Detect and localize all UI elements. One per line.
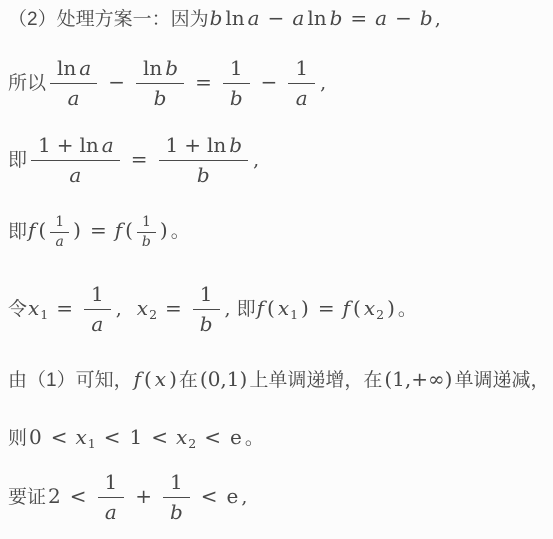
cjk-text: 则 xyxy=(8,428,27,449)
math-roman: e xyxy=(230,425,242,449)
math-roman: ) xyxy=(387,296,395,320)
math-roman: 1 xyxy=(38,133,51,158)
math-variable: a xyxy=(375,6,387,30)
punctuation: , xyxy=(253,149,259,171)
math-variable: a xyxy=(69,163,81,188)
math-variable: b xyxy=(154,86,167,111)
math-subscript: 2 xyxy=(376,307,384,322)
math-roman: 1 xyxy=(170,470,183,495)
math-variable: b xyxy=(142,234,151,252)
math-operator: < xyxy=(70,484,87,508)
fraction: 1b xyxy=(163,470,190,525)
math-roman: 2 xyxy=(48,484,61,508)
fraction-denominator: a xyxy=(90,310,104,337)
fraction-denominator: a xyxy=(68,161,82,188)
math-subscript: 1 xyxy=(88,436,96,451)
math-roman: 1 xyxy=(91,282,104,307)
fraction-denominator: b xyxy=(229,84,244,111)
math-operator: < xyxy=(204,425,221,449)
statement-line-8: 要证2<1a+1b<e, xyxy=(8,472,551,527)
fraction-denominator: b xyxy=(196,161,211,188)
math-variable: a xyxy=(105,500,117,525)
punctuation: , xyxy=(225,298,231,320)
fraction-numerator: 1 xyxy=(84,282,111,310)
fraction: 1+lnaa xyxy=(31,133,120,188)
math-operator: = xyxy=(56,296,73,320)
fraction: 1+lnbb xyxy=(159,133,249,188)
fraction-numerator: 1 xyxy=(137,214,156,234)
math-operator: = xyxy=(350,6,367,30)
punctuation: 。 xyxy=(171,220,190,242)
math-operator: < xyxy=(51,425,68,449)
fraction-denominator: b xyxy=(169,498,184,525)
math-variable: b xyxy=(170,500,183,525)
math-roman: ) xyxy=(301,296,309,320)
statement-line-3: 即1+lnaa=1+lnbb, xyxy=(8,135,551,190)
statement-line-4: 即f(1a)=f(1b)。 xyxy=(8,215,551,253)
math-operator: + xyxy=(184,133,201,158)
math-operator: − xyxy=(108,70,125,94)
math-variable: x1 xyxy=(76,425,96,449)
math-variable: a xyxy=(292,6,304,30)
math-operator: < xyxy=(201,484,218,508)
math-variable: a xyxy=(248,6,260,30)
math-operator: = xyxy=(195,70,212,94)
math-operator: = xyxy=(131,147,148,171)
math-subscript: 2 xyxy=(149,307,157,322)
fraction: 1b xyxy=(137,214,156,252)
math-variable: a xyxy=(56,234,64,252)
math-variable: a xyxy=(91,312,103,337)
math-roman: ( xyxy=(125,218,133,242)
math-roman: 1 xyxy=(230,56,243,81)
math-variable: x2 xyxy=(137,296,157,320)
math-variable: b xyxy=(420,6,433,30)
math-operator: + xyxy=(135,484,152,508)
math-variable: x2 xyxy=(176,425,196,449)
fraction-numerator: 1 xyxy=(50,214,69,234)
cjk-text: 上单调递增，在 xyxy=(249,370,382,391)
fraction-numerator: 1 xyxy=(163,470,190,498)
math-roman: 1 xyxy=(166,133,179,158)
cjk-text: 即 xyxy=(8,150,27,171)
math-variable: b xyxy=(229,133,242,158)
math-roman: 0 xyxy=(29,425,42,449)
math-roman: ) xyxy=(160,218,168,242)
math-roman: (1,+∞) xyxy=(384,367,452,391)
statement-line-6: 由（1）可知，f(x)在(0,1)上单调递增，在(1,+∞)单调递减， xyxy=(8,367,551,393)
math-roman: 1 xyxy=(55,214,64,232)
fraction: 1b xyxy=(223,56,250,111)
math-variable: b xyxy=(330,6,343,30)
math-operator: = xyxy=(318,296,335,320)
statement-line-1: （2）处理方案一：因为blna−alnb=a−b, xyxy=(8,6,551,32)
math-subscript: 2 xyxy=(188,436,196,451)
fraction-denominator: a xyxy=(55,233,65,252)
cjk-text: 即 xyxy=(8,221,27,242)
math-roman: e xyxy=(227,484,239,508)
fraction-denominator: a xyxy=(104,498,118,525)
math-subscript: 1 xyxy=(290,307,298,322)
fraction: lnbb xyxy=(136,56,184,111)
math-variable: f xyxy=(134,367,141,391)
math-operator: < xyxy=(151,425,168,449)
math-roman: ln xyxy=(207,133,226,158)
math-roman: ) xyxy=(73,218,81,242)
math-variable: b xyxy=(165,56,178,81)
math-roman: ln xyxy=(307,6,326,30)
math-variable: x xyxy=(155,367,166,391)
cjk-text: 由（1）可知， xyxy=(8,370,133,391)
fraction-numerator: 1 xyxy=(98,470,125,498)
punctuation: , xyxy=(435,8,441,30)
punctuation: 。 xyxy=(398,298,417,320)
fraction: lnaa xyxy=(50,56,97,111)
math-roman: ln xyxy=(225,6,244,30)
math-roman: (0,1) xyxy=(200,367,247,391)
math-roman: 1 xyxy=(295,56,308,81)
punctuation: , xyxy=(241,486,247,508)
statement-line-5: 令x1=1a,x2=1b,即f(x1)=f(x2)。 xyxy=(8,284,551,339)
math-roman: ( xyxy=(353,296,361,320)
math-operator: = xyxy=(165,296,182,320)
math-variable: b xyxy=(210,6,223,30)
fraction-numerator: 1 xyxy=(223,56,250,84)
statement-line-2: 所以lnaa−lnbb=1b−1a, xyxy=(8,58,551,113)
fraction-numerator: lna xyxy=(50,56,97,84)
math-operator: + xyxy=(57,133,74,158)
math-variable: a xyxy=(296,86,308,111)
cjk-text: 令 xyxy=(8,299,27,320)
punctuation: , xyxy=(320,72,326,94)
statement-line-7: 则0<x1<1<x2<e。 xyxy=(8,425,551,451)
math-variable: b xyxy=(200,312,213,337)
punctuation: , xyxy=(116,298,122,320)
fraction-numerator: 1 xyxy=(193,282,220,310)
fraction-denominator: b xyxy=(141,233,152,252)
math-operator: − xyxy=(268,6,285,30)
fraction: 1a xyxy=(288,56,315,111)
math-roman: ln xyxy=(57,56,76,81)
fraction-numerator: 1+lnb xyxy=(159,133,249,161)
fraction-denominator: b xyxy=(153,84,168,111)
fraction: 1a xyxy=(98,470,125,525)
cjk-text: 单调递减， xyxy=(454,370,549,391)
math-roman: 1 xyxy=(130,425,143,449)
math-variable: a xyxy=(102,133,114,158)
math-variable: x1 xyxy=(278,296,298,320)
cjk-text: 在 xyxy=(179,370,198,391)
fraction-denominator: a xyxy=(67,84,81,111)
math-roman: ) xyxy=(169,367,177,391)
punctuation: 。 xyxy=(245,427,264,449)
math-variable: f xyxy=(28,218,35,242)
math-roman: ( xyxy=(144,367,152,391)
math-operator: − xyxy=(395,6,412,30)
fraction: 1a xyxy=(50,214,69,252)
fraction-denominator: a xyxy=(295,84,309,111)
math-variable: f xyxy=(343,296,350,320)
cjk-text: （2）处理方案一：因为 xyxy=(8,9,209,30)
math-variable: x1 xyxy=(28,296,48,320)
solution-document: （2）处理方案一：因为blna−alnb=a−b,所以lnaa−lnbb=1b−… xyxy=(0,0,553,539)
fraction: 1a xyxy=(84,282,111,337)
fraction-denominator: b xyxy=(199,310,214,337)
fraction: 1b xyxy=(193,282,220,337)
math-roman: ln xyxy=(80,133,99,158)
math-roman: 1 xyxy=(142,214,151,232)
math-roman: 1 xyxy=(200,282,213,307)
fraction-numerator: lnb xyxy=(136,56,184,84)
math-roman: 1 xyxy=(105,470,118,495)
math-variable: f xyxy=(115,218,122,242)
math-operator: = xyxy=(90,218,107,242)
math-operator: − xyxy=(261,70,278,94)
math-roman: ln xyxy=(143,56,162,81)
math-roman: ( xyxy=(38,218,46,242)
math-operator: < xyxy=(104,425,121,449)
math-variable: b xyxy=(197,163,210,188)
math-variable: f xyxy=(257,296,264,320)
math-subscript: 1 xyxy=(40,307,48,322)
cjk-text: 所以 xyxy=(8,73,46,94)
math-variable: a xyxy=(79,56,91,81)
cjk-text: 要证 xyxy=(8,487,46,508)
math-variable: x2 xyxy=(364,296,384,320)
math-roman: ( xyxy=(267,296,275,320)
math-variable: b xyxy=(230,86,243,111)
math-variable: a xyxy=(68,86,80,111)
fraction-numerator: 1+lna xyxy=(31,133,120,161)
fraction-numerator: 1 xyxy=(288,56,315,84)
cjk-text: 即 xyxy=(237,299,256,320)
